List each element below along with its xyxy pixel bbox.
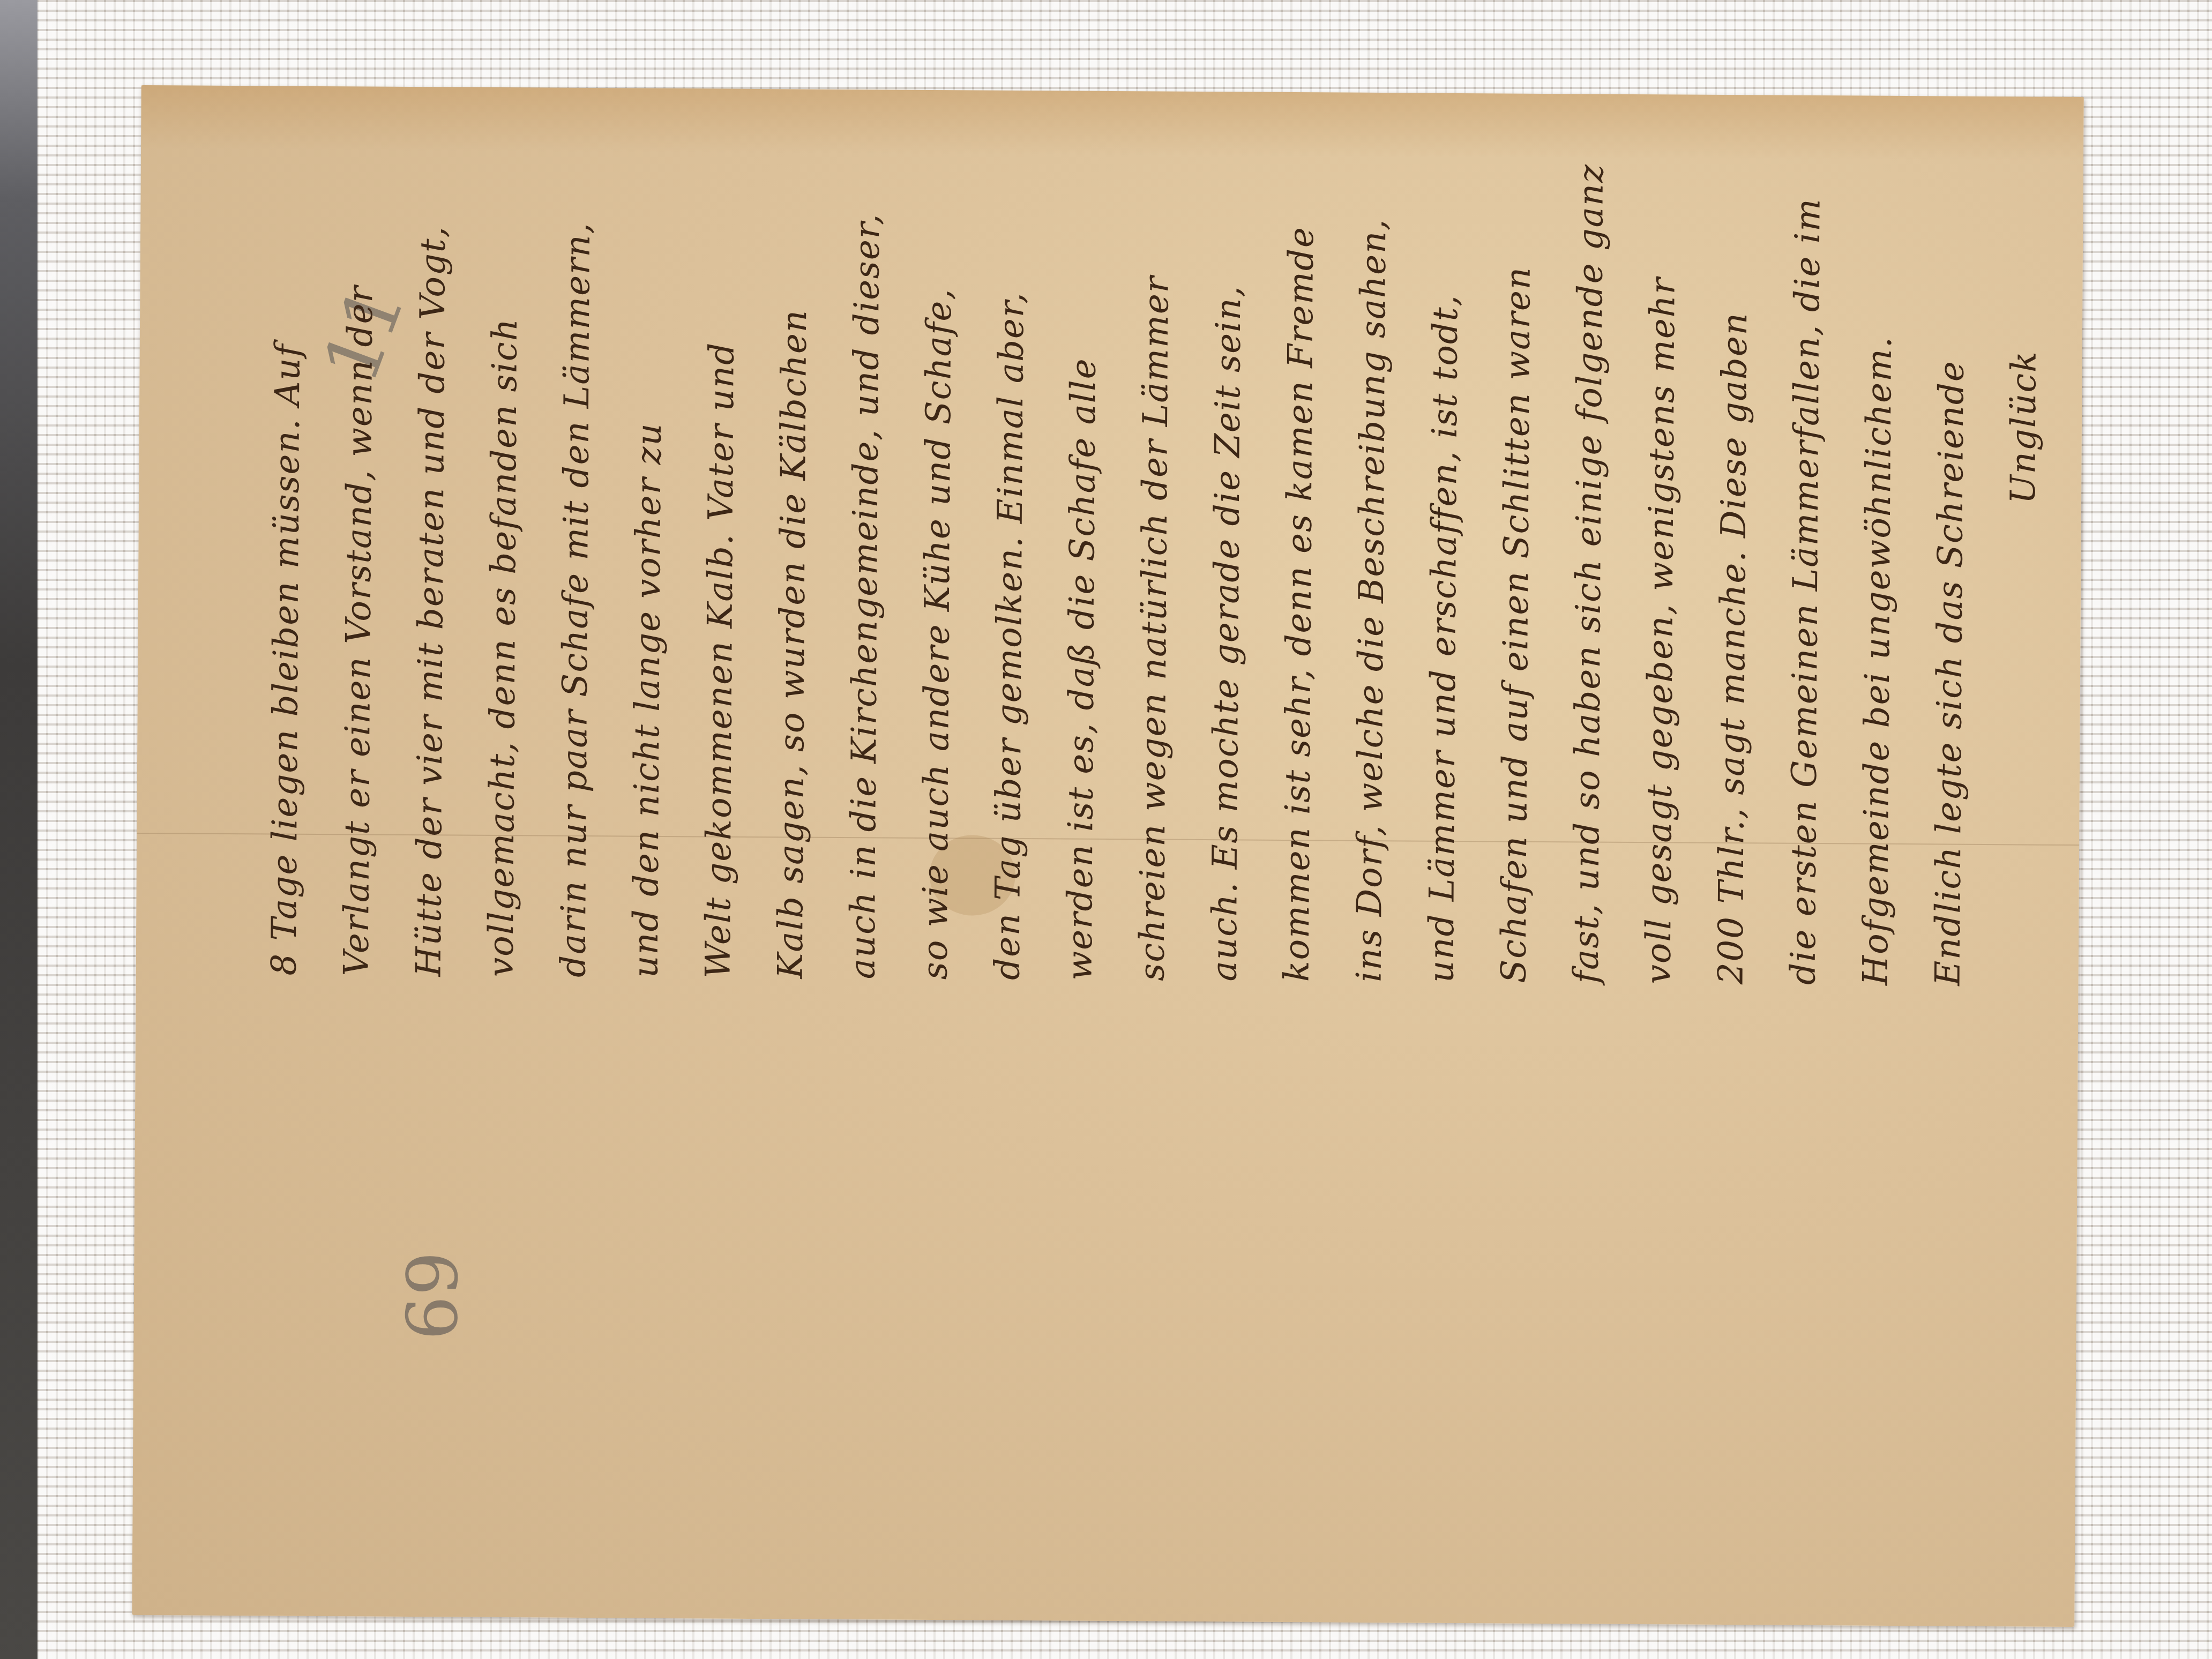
- handwritten-line: auch. Es mochte gerade die Zeit sein,: [1205, 285, 1249, 982]
- handwritten-line: Hofgemeinde bei ungewöhnlichem.: [1856, 336, 1900, 985]
- handwritten-line: voll gesagt gegeben, wenigstens mehr: [1639, 276, 1683, 984]
- handwritten-line: darin nur paar Schafe mit den Lämmern,: [554, 222, 599, 977]
- handwritten-line: 200 Thlr., sagt manche. Diese gaben: [1712, 312, 1755, 985]
- handwritten-line: kommen ist sehr, denn es kamen Fremde: [1277, 226, 1322, 982]
- handwritten-line: Schafen und auf einen Schlitten waren: [1494, 266, 1538, 983]
- handwritten-line: und den nicht lange vorher zu: [626, 422, 669, 978]
- dark-surface-edge: [0, 0, 38, 1659]
- handwritten-line: so wie auch andere Kühe und Schafe,: [916, 288, 960, 980]
- handwritten-line: und Lämmer und erschaffen, ist todt,: [1422, 294, 1466, 983]
- handwritten-line: auch in die Kirchengemeinde, und dieser,: [843, 213, 888, 979]
- handwritten-line: Endlich legte sich das Schreiende: [1929, 360, 1972, 986]
- handwritten-line: Welt gekommenen Kalb. Vater und: [699, 342, 742, 978]
- handwritten-line: schreien wegen natürlich der Lämmer: [1133, 275, 1177, 981]
- handwritten-line: den Tag über gemolken. Einmal aber,: [988, 292, 1032, 980]
- handwritten-line: Kalb sagen, so wurden die Kälbchen: [771, 309, 815, 979]
- handwritten-line: vollgemacht, denn es befanden sich: [482, 318, 526, 977]
- handwritten-line: Verlangt er einen Vorstand, wenn der: [337, 285, 381, 976]
- letter-page: 11 69 8 Tage liegen bleiben müssen. AufV…: [132, 85, 2083, 1627]
- handwritten-line: fast, und so haben sich einige folgende …: [1567, 163, 1611, 984]
- handwritten-line: die ersten Gemeinen Lämmerfallen, die im: [1784, 198, 1828, 985]
- handwritten-text-block: 8 Tage liegen bleiben müssen. AufVerlang…: [141, 85, 2084, 97]
- handwritten-line: Unglück: [2004, 350, 2044, 504]
- handwritten-line: ins Dorf, welche die Beschreibung sahen,: [1350, 218, 1394, 982]
- handwritten-line: Hütte der vier mit beraten und der Vogt,: [409, 226, 454, 977]
- handwritten-line: 8 Tage liegen bleiben müssen. Auf: [265, 343, 308, 975]
- handwritten-line: werden ist es, daß die Schafe alle: [1060, 357, 1104, 981]
- archive-number-mark: 69: [389, 1251, 471, 1340]
